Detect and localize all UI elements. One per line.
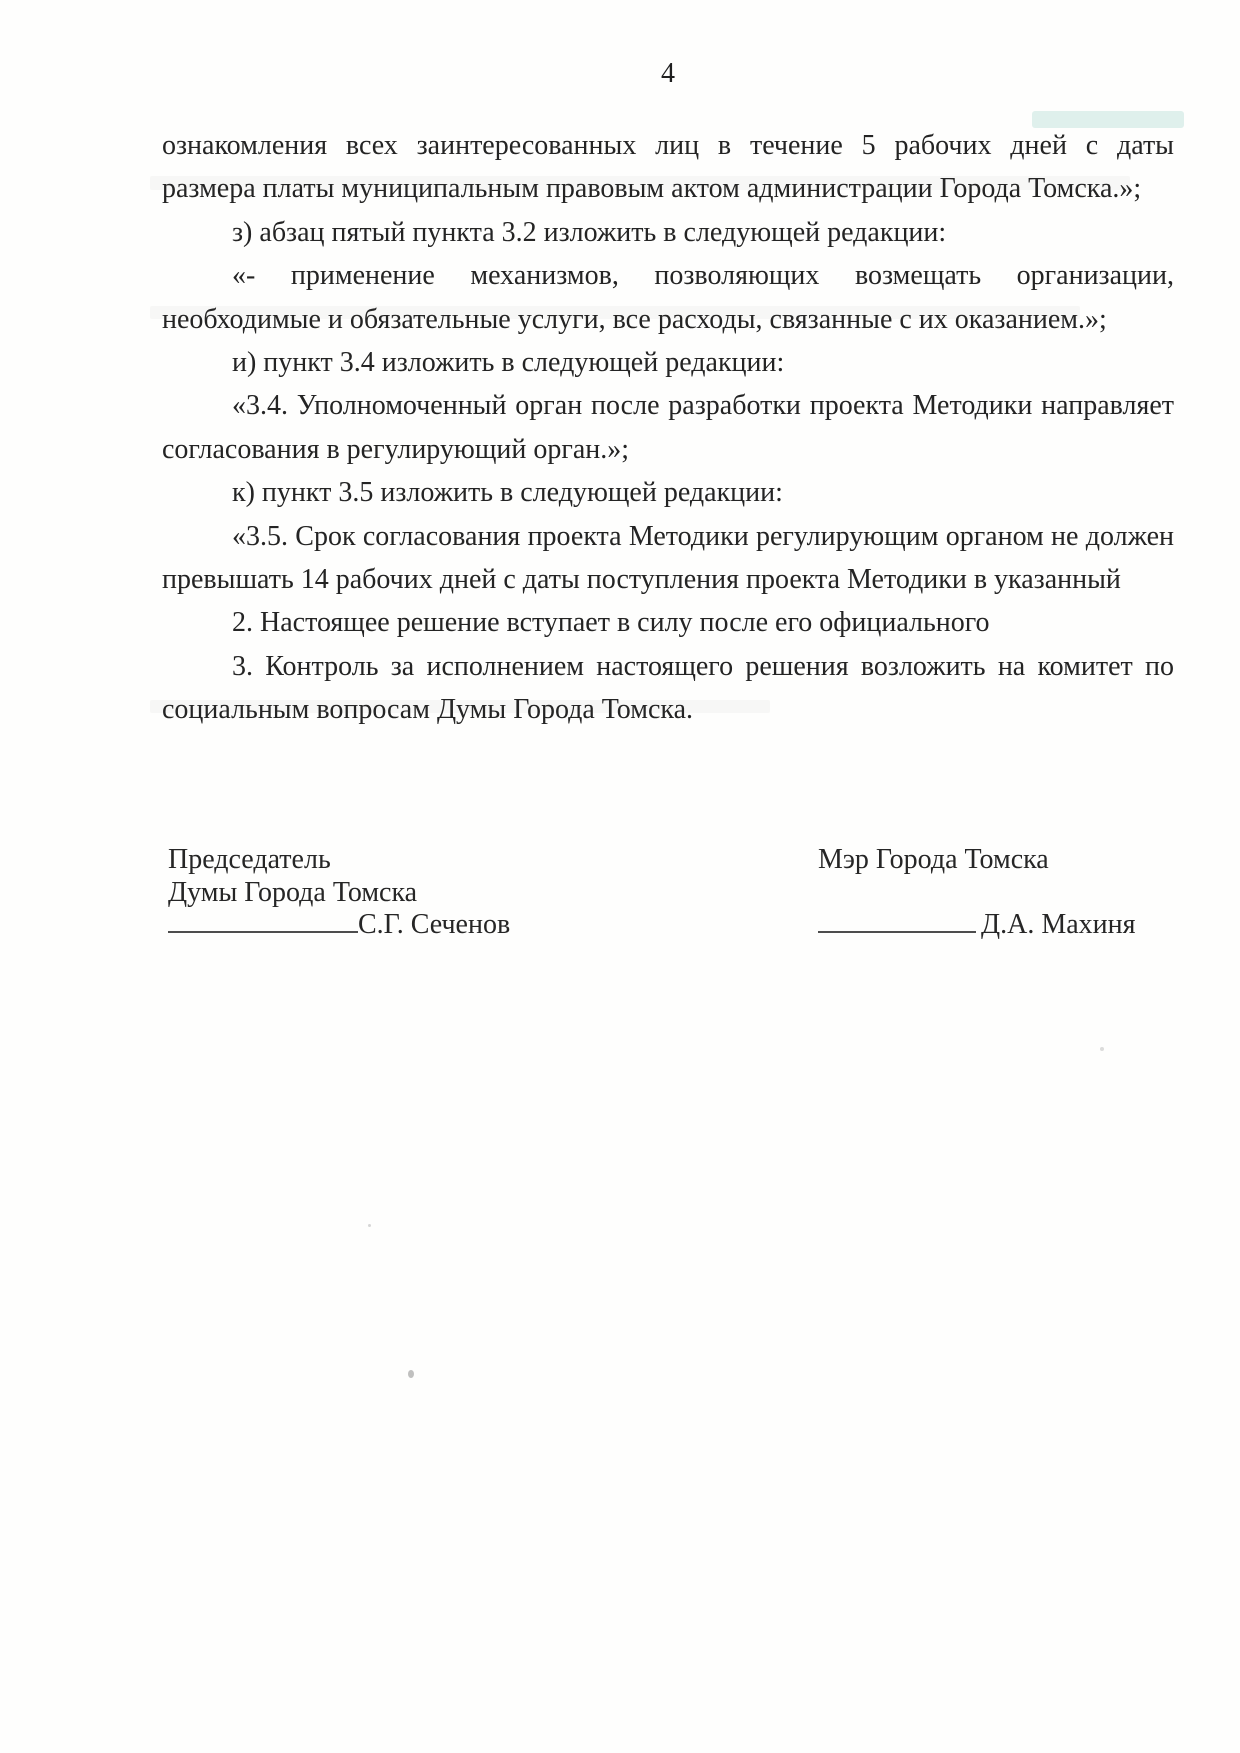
signature-spacer: [818, 877, 1136, 910]
body-line: превышать 14 рабочих дней с даты поступл…: [162, 558, 1174, 601]
paragraph: «- применение механизмов, позволяющих во…: [162, 254, 1174, 341]
body-line: «3.5. Срок согласования проекта Методики…: [162, 515, 1174, 558]
paragraph: «3.5. Срок согласования проекта Методики…: [162, 515, 1174, 602]
paragraph: 2. Настоящее решение вступает в силу пос…: [162, 601, 1174, 644]
scan-artifact: [408, 1370, 414, 1378]
page-number: 4: [162, 58, 1174, 90]
body-line: «- применение механизмов, позволяющих во…: [162, 254, 1174, 297]
body-line: к) пункт 3.5 изложить в следующей редакц…: [162, 471, 1174, 514]
signature-right-title: Мэр Города Томска: [818, 844, 1136, 877]
signature-left-org: Думы Города Томска: [168, 877, 510, 910]
signature-block: Председатель Думы Города Томска С.Г. Сеч…: [162, 844, 1174, 964]
document-page: 4 ознакомления всех заинтересованных лиц…: [0, 0, 1240, 1753]
body-line: ознакомления всех заинтересованных лиц в…: [162, 124, 1174, 167]
paragraph: ознакомления всех заинтересованных лиц в…: [162, 124, 1174, 211]
body-line: з) абзац пятый пункта 3.2 изложить в сле…: [162, 211, 1174, 254]
body-line: необходимые и обязательные услуги, все р…: [162, 298, 1174, 341]
body-line: согласования в регулирующий орган.»;: [162, 428, 1174, 471]
signature-left-name: С.Г. Сеченов: [358, 909, 510, 940]
signature-line: [168, 930, 358, 933]
signature-left-title: Председатель: [168, 844, 510, 877]
scan-artifact: [1100, 1047, 1104, 1051]
document-body: ознакомления всех заинтересованных лиц в…: [162, 124, 1174, 731]
body-line: размера платы муниципальным правовым акт…: [162, 167, 1174, 210]
signature-right-row: Д.А. Махиня: [818, 909, 1136, 942]
signature-left: Председатель Думы Города Томска С.Г. Сеч…: [168, 844, 510, 942]
signature-left-row: С.Г. Сеченов: [168, 909, 510, 942]
scan-artifact: [368, 1224, 371, 1227]
paragraph: и) пункт 3.4 изложить в следующей редакц…: [162, 341, 1174, 384]
body-line: социальным вопросам Думы Города Томска.: [162, 688, 1174, 731]
signature-line: [818, 930, 976, 933]
body-line: «3.4. Уполномоченный орган после разрабо…: [162, 384, 1174, 427]
body-line: 3. Контроль за исполнением настоящего ре…: [162, 645, 1174, 688]
signature-right: Мэр Города Томска Д.А. Махиня: [818, 844, 1136, 942]
paragraph: к) пункт 3.5 изложить в следующей редакц…: [162, 471, 1174, 514]
paragraph: з) абзац пятый пункта 3.2 изложить в сле…: [162, 211, 1174, 254]
paragraph: 3. Контроль за исполнением настоящего ре…: [162, 645, 1174, 732]
body-line: 2. Настоящее решение вступает в силу пос…: [162, 601, 1174, 644]
body-line: и) пункт 3.4 изложить в следующей редакц…: [162, 341, 1174, 384]
paragraph: «3.4. Уполномоченный орган после разрабо…: [162, 384, 1174, 471]
signature-right-name: Д.А. Махиня: [981, 909, 1136, 940]
